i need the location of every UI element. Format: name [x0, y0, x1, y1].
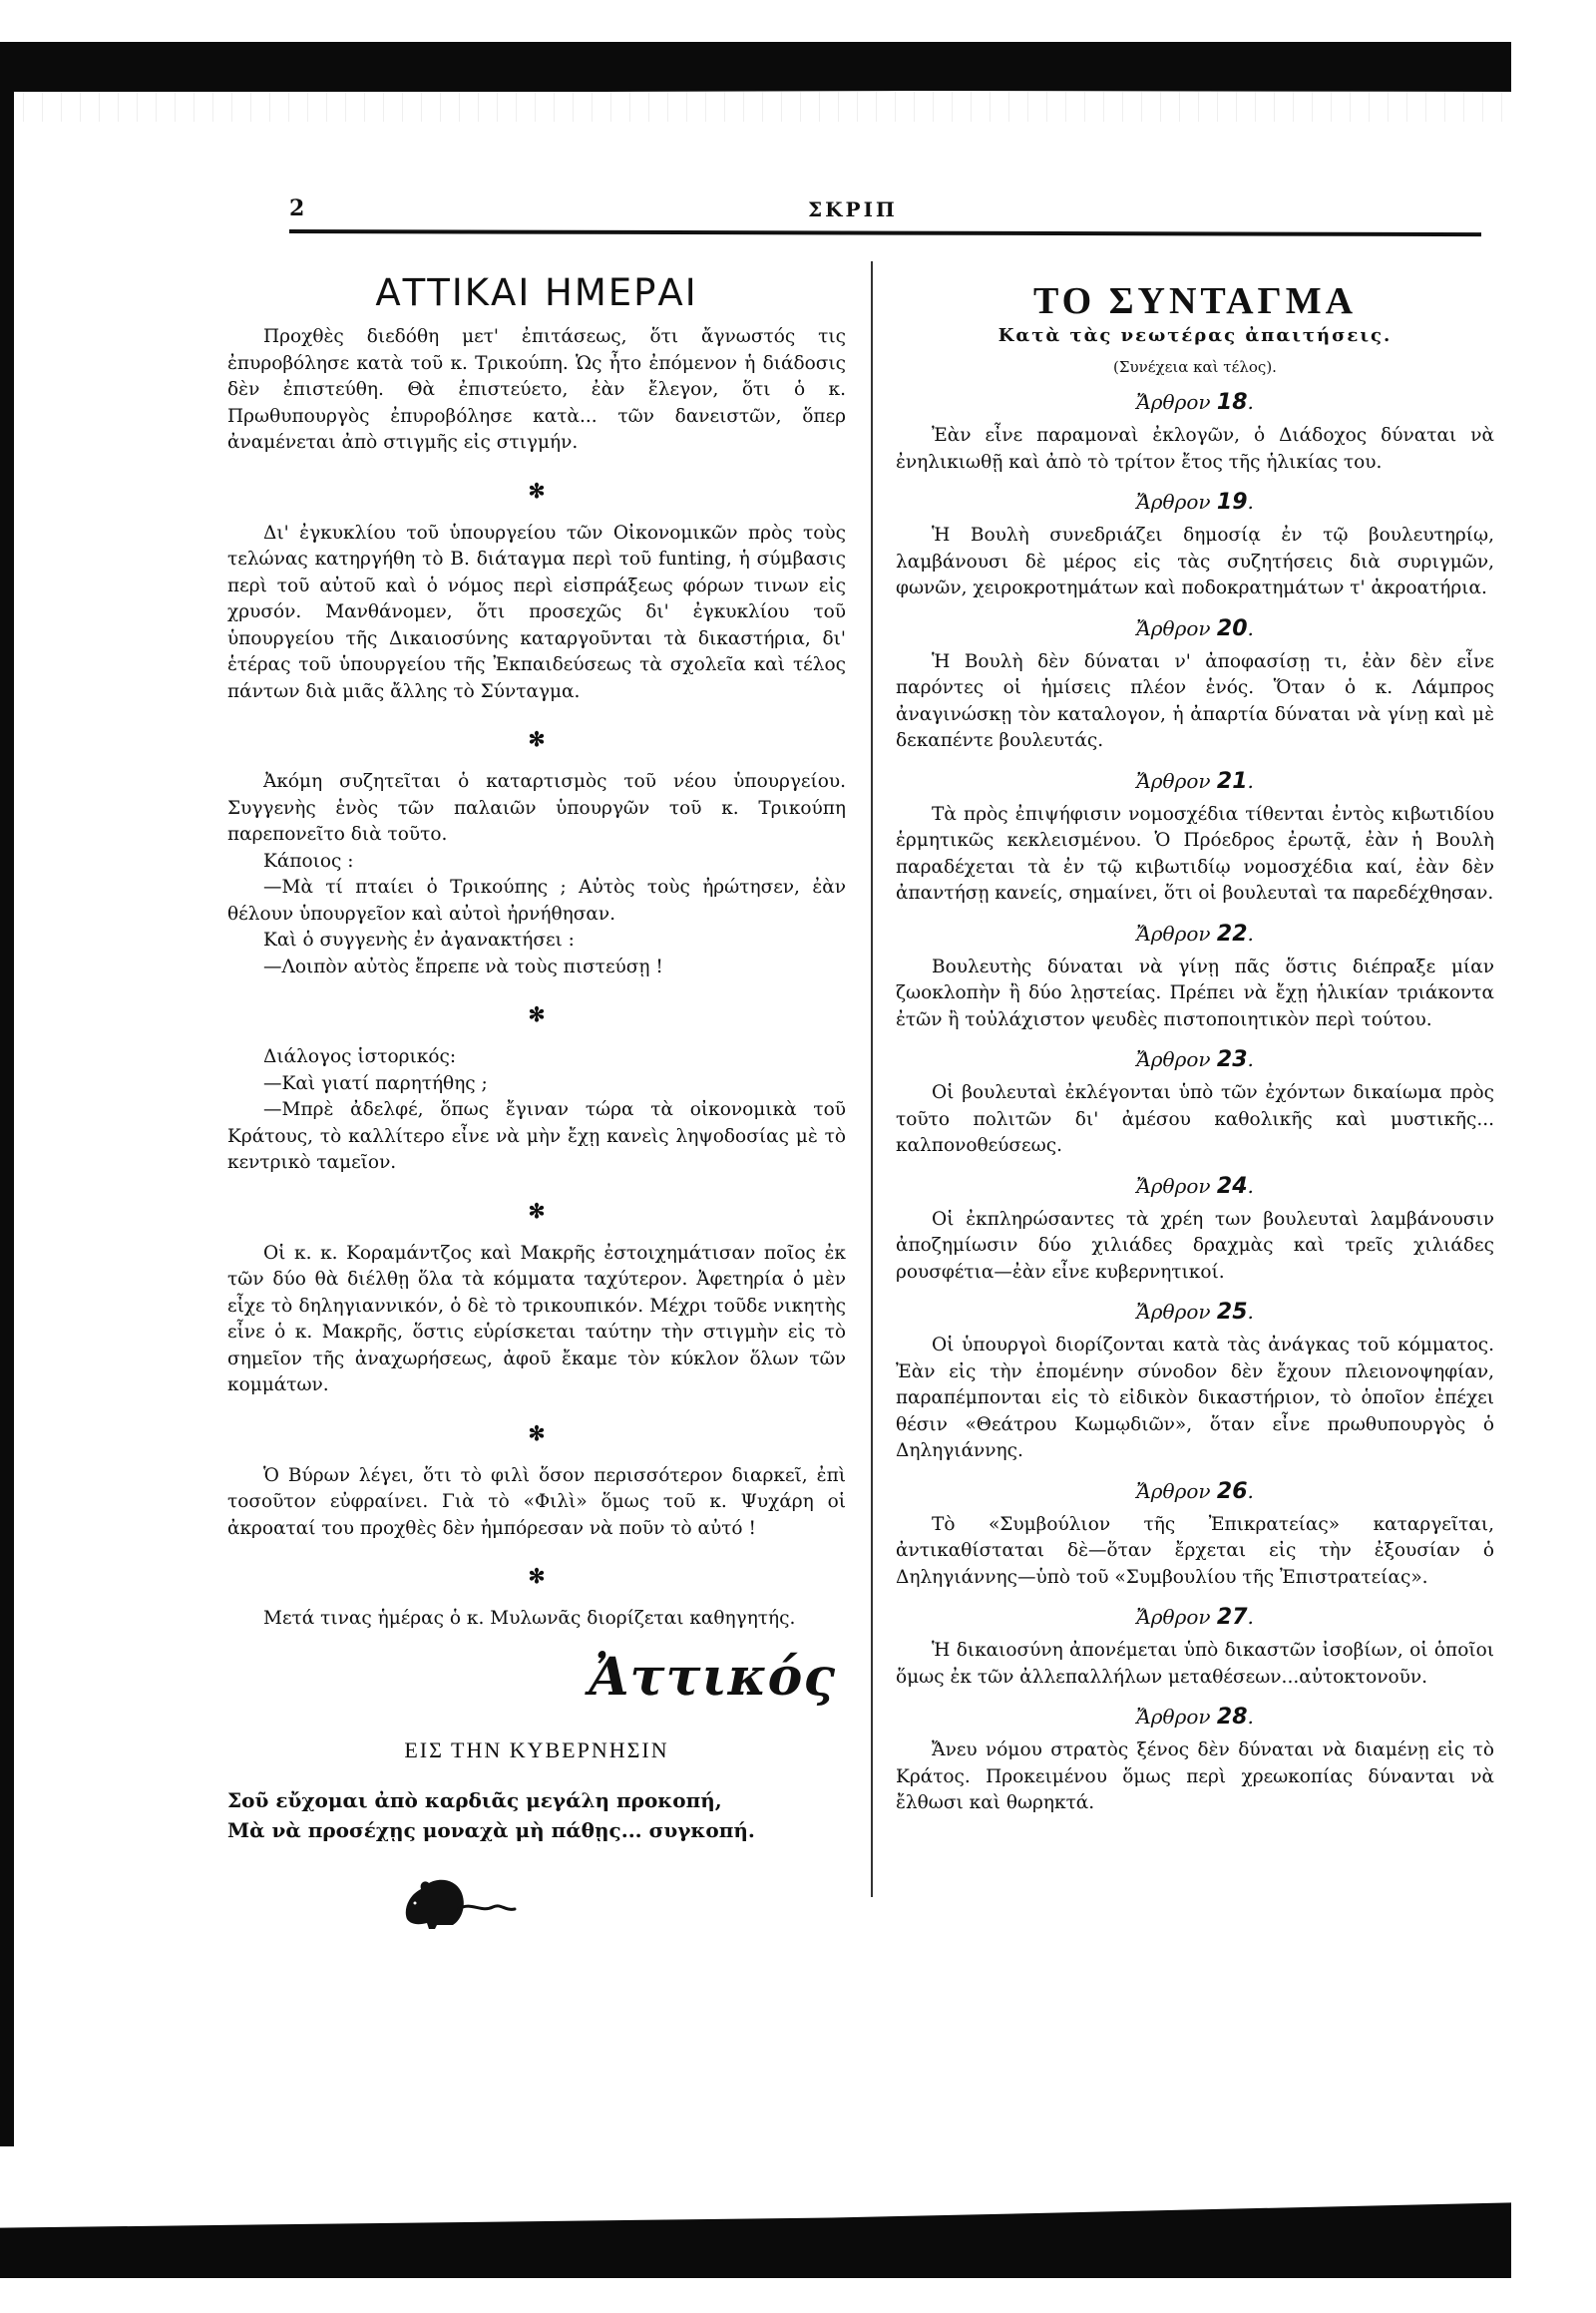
article-heading: Ἄρθρον 26.	[896, 1479, 1494, 1504]
article-number: 26	[1217, 1479, 1248, 1504]
dialogue-line: Κάποιος :	[227, 849, 846, 876]
separator-star: ✻	[227, 1002, 846, 1026]
article-heading: Ἄρθρον 19.	[896, 490, 1494, 515]
poem-line: Μὰ νὰ προσέχῃς μοναχὰ μὴ πάθῃς... συγκοπ…	[227, 1815, 846, 1845]
articles-list: Ἄρθρον 18.Ἐὰν εἶνε παραμοναὶ ἐκλογῶν, ὁ …	[896, 390, 1494, 1817]
newspaper-page: 2 ΣΚΡΙΠ ΑΤΤΙΚΑΙ ΗΜΕΡΑΙ Προχθὲς διεδόθη μ…	[0, 0, 1596, 2313]
article-label: Ἄρθρον	[1136, 1479, 1210, 1503]
poem-title: ΕΙΣ ΤΗΝ ΚΥΒΕΡΝΗΣΙΝ	[227, 1737, 846, 1763]
column-title-attikai-imerai: ΑΤΤΙΚΑΙ ΗΜΕΡΑΙ	[227, 271, 846, 314]
article-text: Ἐὰν εἶνε παραμοναὶ ἐκλογῶν, ὁ Διάδοχος δ…	[896, 423, 1494, 476]
article-label: Ἄρθρον	[1136, 1605, 1210, 1629]
mouse-illustration-icon	[397, 1873, 527, 1933]
article-label: Ἄρθρον	[1136, 490, 1210, 514]
article-heading: Ἄρθρον 20.	[896, 616, 1494, 641]
article-number: 20	[1217, 616, 1248, 641]
article-heading: Ἄρθρον 21.	[896, 769, 1494, 794]
continuation-note: (Συνέχεια καὶ τέλος).	[896, 358, 1494, 376]
paragraph: Προχθὲς διεδόθη μετ' ἐπιτάσεως, ὅτι ἄγνω…	[227, 324, 846, 457]
separator-star: ✻	[227, 1421, 846, 1445]
article-text: Τὰ πρὸς ἐπιψήφισιν νομοσχέδια τίθενται ἐ…	[896, 802, 1494, 908]
separator-star: ✻	[227, 1564, 846, 1588]
paragraph: Ὁ Βύρων λέγει, ὅτι τὸ φιλὶ ὅσον περισσότ…	[227, 1463, 846, 1543]
dialogue-line: Καὶ ὁ συγγενὴς ἐν ἀγανακτήσει :	[227, 928, 846, 955]
article-number: 21	[1217, 769, 1248, 794]
header-rule	[289, 229, 1481, 236]
article-text: Ἡ Βουλὴ δὲν δύναται ν' ἀποφασίσῃ τι, ἐὰν…	[896, 649, 1494, 755]
article-number: 28	[1217, 1705, 1248, 1730]
author-signature: Ἀττικός	[227, 1647, 846, 1708]
article-heading: Ἄρθρον 24.	[896, 1174, 1494, 1199]
column-title-syntagma: ΤΟ ΣΥΝΤΑΓΜΑ	[896, 279, 1494, 323]
article-label: Ἄρθρον	[1136, 1174, 1210, 1198]
article-label: Ἄρθρον	[1136, 616, 1210, 640]
article-text: Ἄνευ νόμου στρατὸς ξένος δὲν δύναται νὰ …	[896, 1737, 1494, 1817]
paper-name: ΣΚΡΙΠ	[808, 197, 898, 221]
column-subtitle: Κατὰ τὰς νεωτέρας ἀπαιτήσεις.	[896, 325, 1494, 346]
page-number: 2	[289, 195, 304, 221]
separator-star: ✻	[227, 479, 846, 503]
paragraph: Οἱ κ. κ. Κοραμάντζος καὶ Μακρῆς ἐστοιχημ…	[227, 1241, 846, 1399]
dialogue-line: —Καὶ γιατί παρητήθης ;	[227, 1071, 846, 1098]
running-head: 2 ΣΚΡΙΠ	[289, 192, 1471, 221]
dialogue-line: Διάλογος ἱστορικός:	[227, 1044, 846, 1071]
article-heading: Ἄρθρον 18.	[896, 390, 1494, 415]
article-label: Ἄρθρον	[1136, 1047, 1210, 1071]
article-text: Τὸ «Συμβούλιον τῆς Ἐπικρατείας» καταργεῖ…	[896, 1512, 1494, 1592]
article-label: Ἄρθρον	[1136, 1300, 1210, 1324]
article-number: 22	[1217, 922, 1248, 947]
article-heading: Ἄρθρον 22.	[896, 922, 1494, 947]
article-number: 25	[1217, 1300, 1248, 1325]
article-text: Ἡ δικαιοσύνη ἀπονέμεται ὑπὸ δικαστῶν ἰσο…	[896, 1638, 1494, 1691]
separator-star: ✻	[227, 727, 846, 751]
column-divider	[871, 261, 873, 1897]
left-column: ΑΤΤΙΚΑΙ ΗΜΕΡΑΙ Προχθὲς διεδόθη μετ' ἐπιτ…	[227, 261, 846, 1937]
article-number: 19	[1217, 490, 1248, 515]
article-heading: Ἄρθρον 25.	[896, 1300, 1494, 1325]
article-label: Ἄρθρον	[1136, 1705, 1210, 1729]
right-column: ΤΟ ΣΥΝΤΑΓΜΑ Κατὰ τὰς νεωτέρας ἀπαιτήσεις…	[896, 261, 1494, 1817]
article-text: Ἡ Βουλὴ συνεδριάζει δημοσίᾳ ἐν τῷ βουλευ…	[896, 523, 1494, 602]
article-number: 27	[1217, 1605, 1248, 1630]
paragraph: Ἀκόμη συζητεῖται ὁ καταρτισμὸς τοῦ νέου …	[227, 769, 846, 849]
article-text: Βουλευτὴς δύναται νὰ γίνῃ πᾶς ὅστις διέπ…	[896, 955, 1494, 1034]
article-text: Οἱ ἐκπληρώσαντες τὰ χρέη των βουλευταὶ λ…	[896, 1207, 1494, 1287]
article-label: Ἄρθρον	[1136, 922, 1210, 946]
separator-star: ✻	[227, 1199, 846, 1223]
article-heading: Ἄρθρον 23.	[896, 1047, 1494, 1072]
article-label: Ἄρθρον	[1136, 769, 1210, 793]
article-number: 24	[1217, 1174, 1248, 1199]
article-heading: Ἄρθρον 28.	[896, 1705, 1494, 1730]
article-text: Οἱ ὑπουργοὶ διορίζονται κατὰ τὰς ἀνάγκας…	[896, 1333, 1494, 1465]
paragraph: Δι' ἐγκυκλίου τοῦ ὑπουργείου τῶν Οἰκονομ…	[227, 521, 846, 706]
article-number: 18	[1217, 390, 1248, 415]
paragraph: Μετά τινας ἡμέρας ὁ κ. Μυλωνᾶς διορίζετα…	[227, 1606, 846, 1633]
article-label: Ἄρθρον	[1136, 390, 1210, 414]
dialogue-line: —Λοιπὸν αὐτὸς ἔπρεπε νὰ τοὺς πιστεύσῃ !	[227, 955, 846, 981]
article-text: Οἱ βουλευταὶ ἐκλέγονται ὑπὸ τῶν ἐχόντων …	[896, 1080, 1494, 1160]
dialogue-line: —Μὰ τί πταίει ὁ Τρικούπης ; Αὐτὸς τοὺς ἠ…	[227, 875, 846, 928]
dialogue-line: —Μπρὲ ἀδελφέ, ὅπως ἔγιναν τώρα τὰ οἰκονο…	[227, 1097, 846, 1177]
article-number: 23	[1217, 1047, 1248, 1072]
poem-line: Σοῦ εὔχομαι ἀπὸ καρδιᾶς μεγάλη προκοπή,	[227, 1785, 846, 1815]
article-heading: Ἄρθρον 27.	[896, 1605, 1494, 1630]
